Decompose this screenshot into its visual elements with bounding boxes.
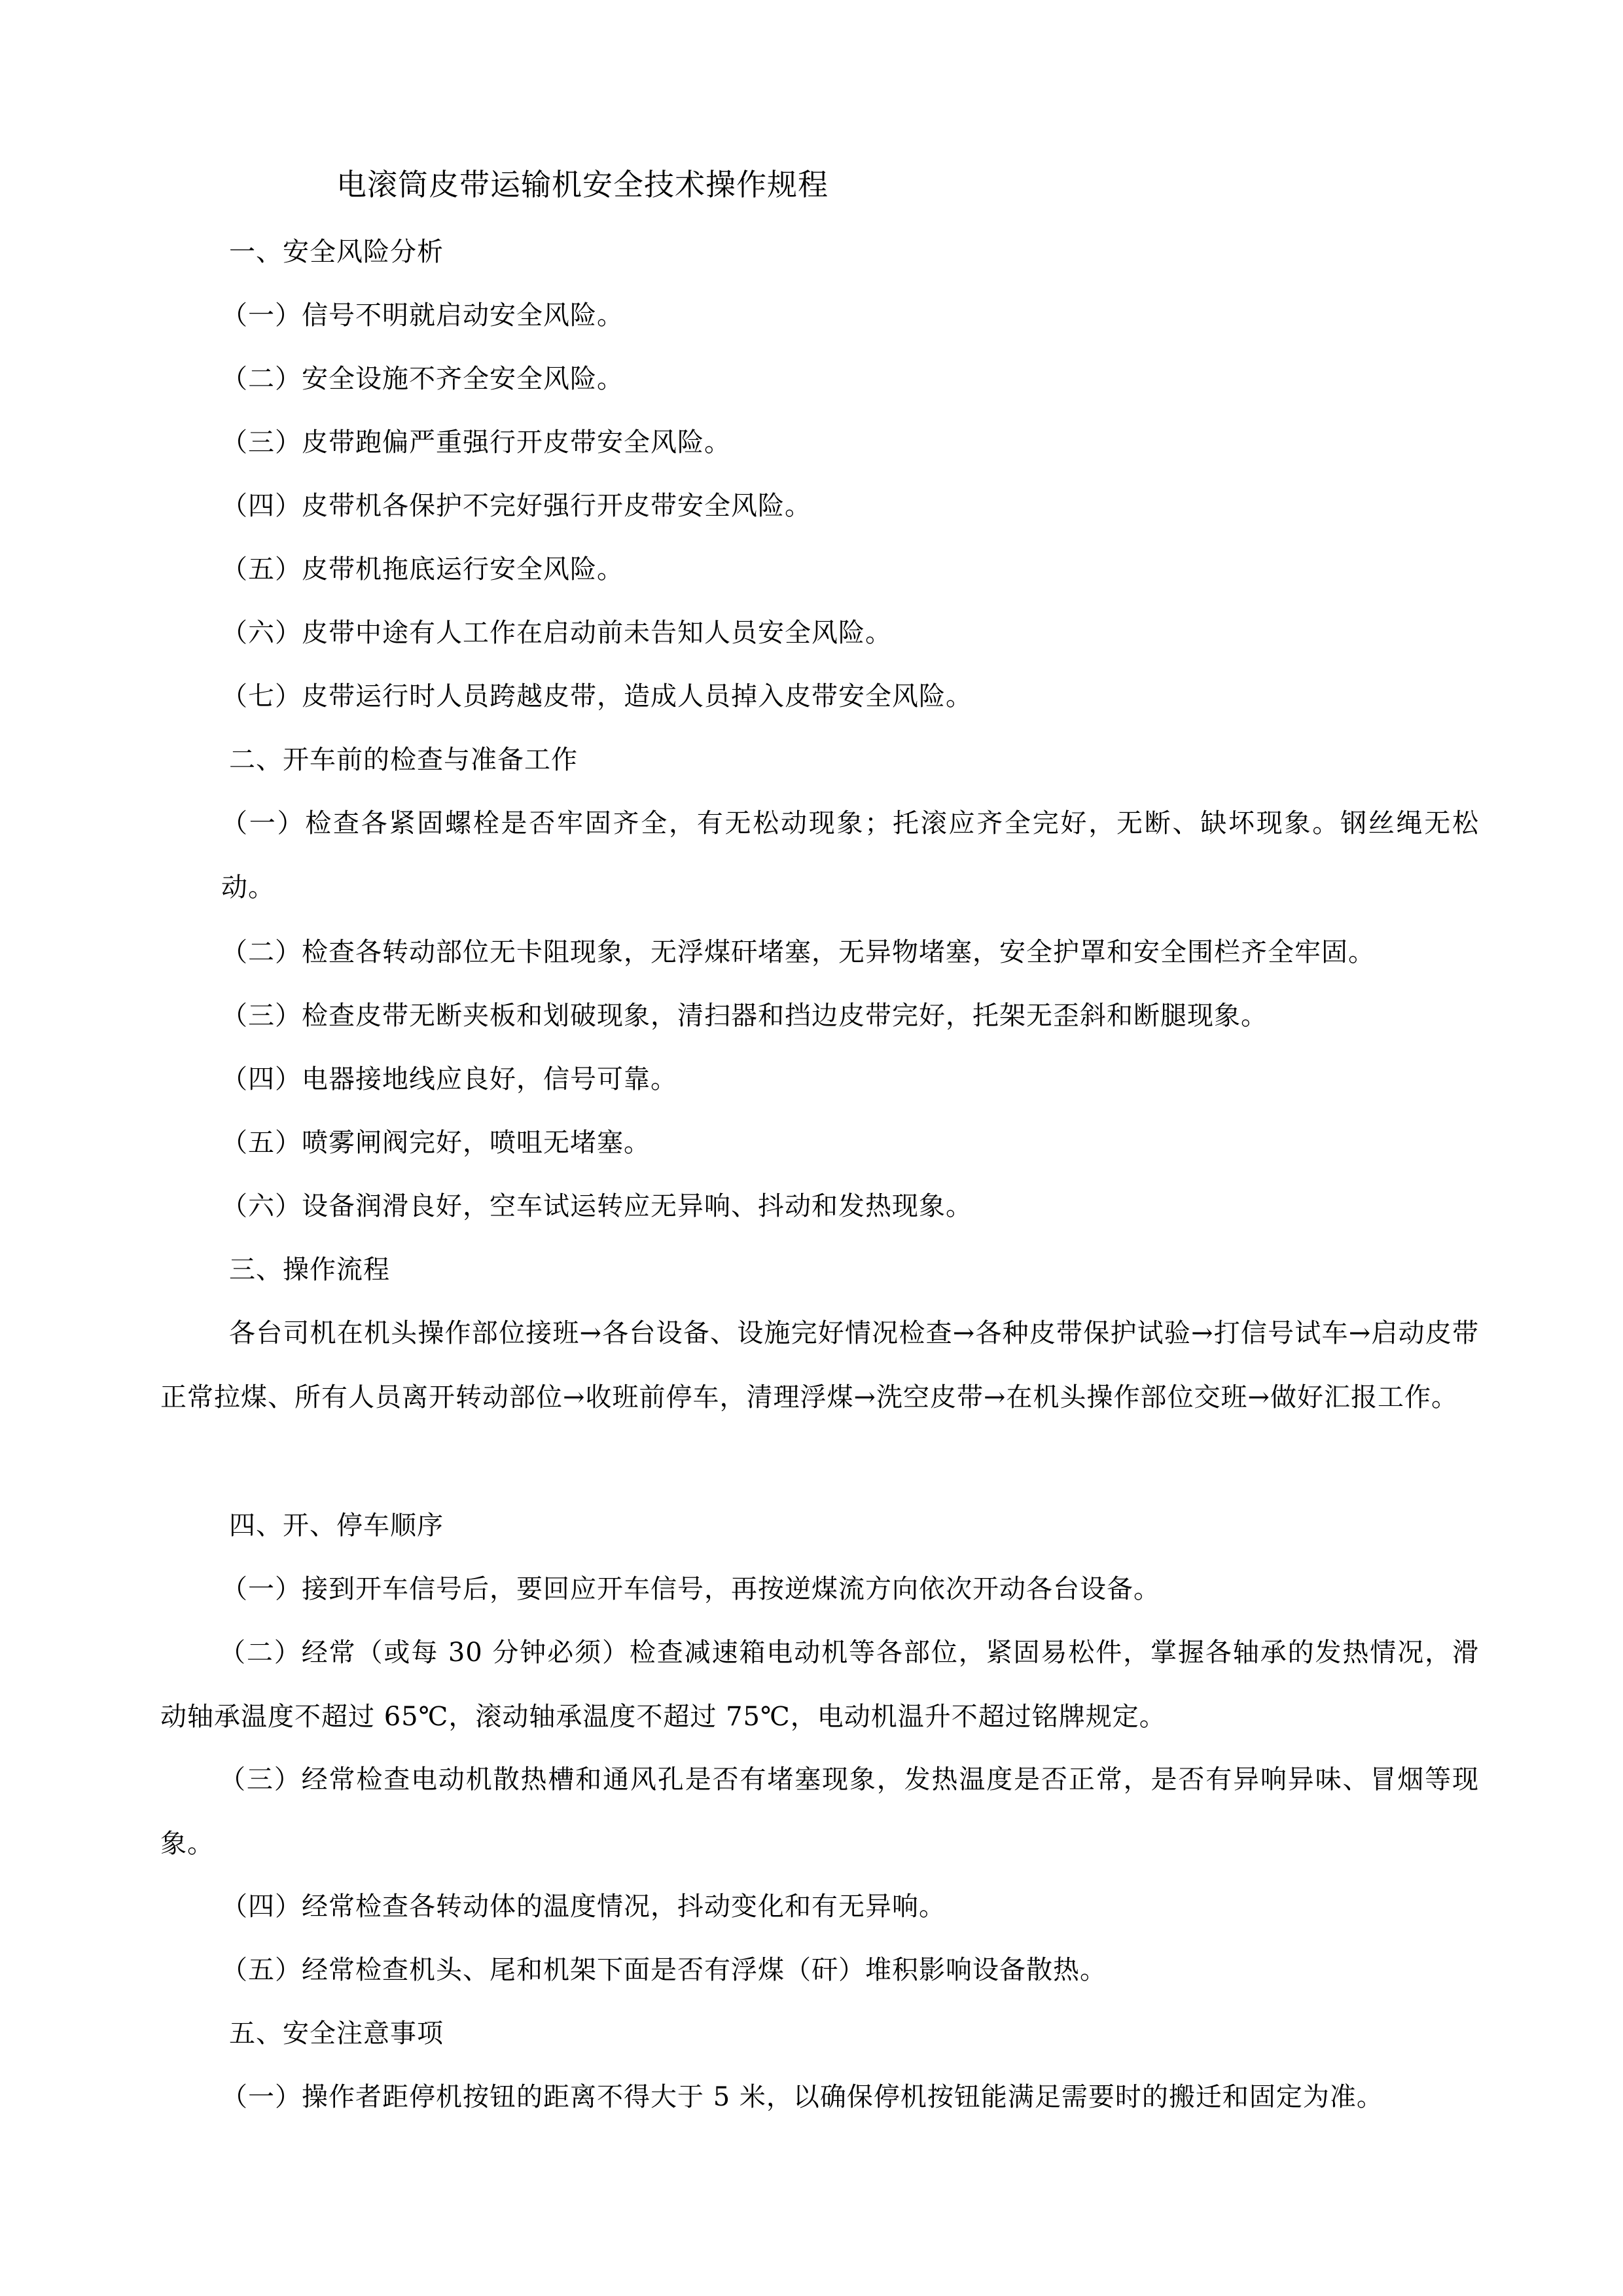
section-heading: 四、开、停车顺序: [229, 1494, 1479, 1558]
list-item: （四）皮带机各保护不完好强行开皮带安全风险。: [221, 474, 1471, 538]
list-item: （二）检查各转动部位无卡阻现象，无浮煤矸堵塞，无异物堵塞，安全护罩和安全围栏齐全…: [221, 920, 1471, 984]
section-heading: 五、安全注意事项: [229, 2001, 1479, 2066]
list-item: （五）皮带机拖底运行安全风险。: [221, 537, 1471, 601]
list-item: （一）检查各紧固螺栓是否牢固齐全，有无松动现象；托滚应齐全完好，无断、缺坏现象。…: [221, 791, 1479, 920]
list-item: （三）检查皮带无断夹板和划破现象，清扫器和挡边皮带完好，托架无歪斜和断腿现象。: [221, 984, 1471, 1048]
list-item: （四）电器接地线应良好，信号可靠。: [221, 1047, 1471, 1111]
list-item: （六）设备润滑良好，空车试运转应无异响、抖动和发热现象。: [221, 1174, 1471, 1238]
section-heading: 三、操作流程: [229, 1238, 1479, 1302]
document-title: 电滚筒皮带运输机安全技术操作规程: [0, 165, 1394, 204]
paragraph: 各台司机在机头操作部位接班→各台设备、设施完好情况检查→各种皮带保护试验→打信号…: [160, 1301, 1479, 1429]
section-heading: 一、安全风险分析: [229, 220, 1479, 284]
list-item: （一）信号不明就启动安全风险。: [221, 283, 1471, 348]
list-item: （七）皮带运行时人员跨越皮带，造成人员掉入皮带安全风险。: [221, 664, 1471, 728]
list-item: （六）皮带中途有人工作在启动前未告知人员安全风险。: [221, 601, 1471, 665]
list-item: （三）皮带跑偏严重强行开皮带安全风险。: [221, 410, 1471, 475]
list-item: （三）经常检查电动机散热槽和通风孔是否有堵塞现象，发热温度是否正常，是否有异响异…: [160, 1748, 1479, 1876]
list-item: （五）经常检查机头、尾和机架下面是否有浮煤（矸）堆积影响设备散热。: [221, 1938, 1471, 2002]
list-item: （二）安全设施不齐全安全风险。: [221, 347, 1471, 411]
list-item: （一）操作者距停机按钮的距离不得大于 5 米，以确保停机按钮能满足需要时的搬迁和…: [221, 2065, 1471, 2129]
list-item: （四）经常检查各转动体的温度情况，抖动变化和有无异响。: [221, 1874, 1471, 1939]
section-heading: 二、开车前的检查与准备工作: [229, 728, 1479, 792]
list-item: （二）经常（或每 30 分钟必须）检查减速箱电动机等各部位，紧固易松件，掌握各轴…: [160, 1621, 1479, 1749]
list-item: （五）喷雾闸阀完好，喷咀无堵塞。: [221, 1111, 1471, 1175]
list-item: （一）接到开车信号后，要回应开车信号，再按逆煤流方向依次开动各台设备。: [221, 1557, 1471, 1621]
